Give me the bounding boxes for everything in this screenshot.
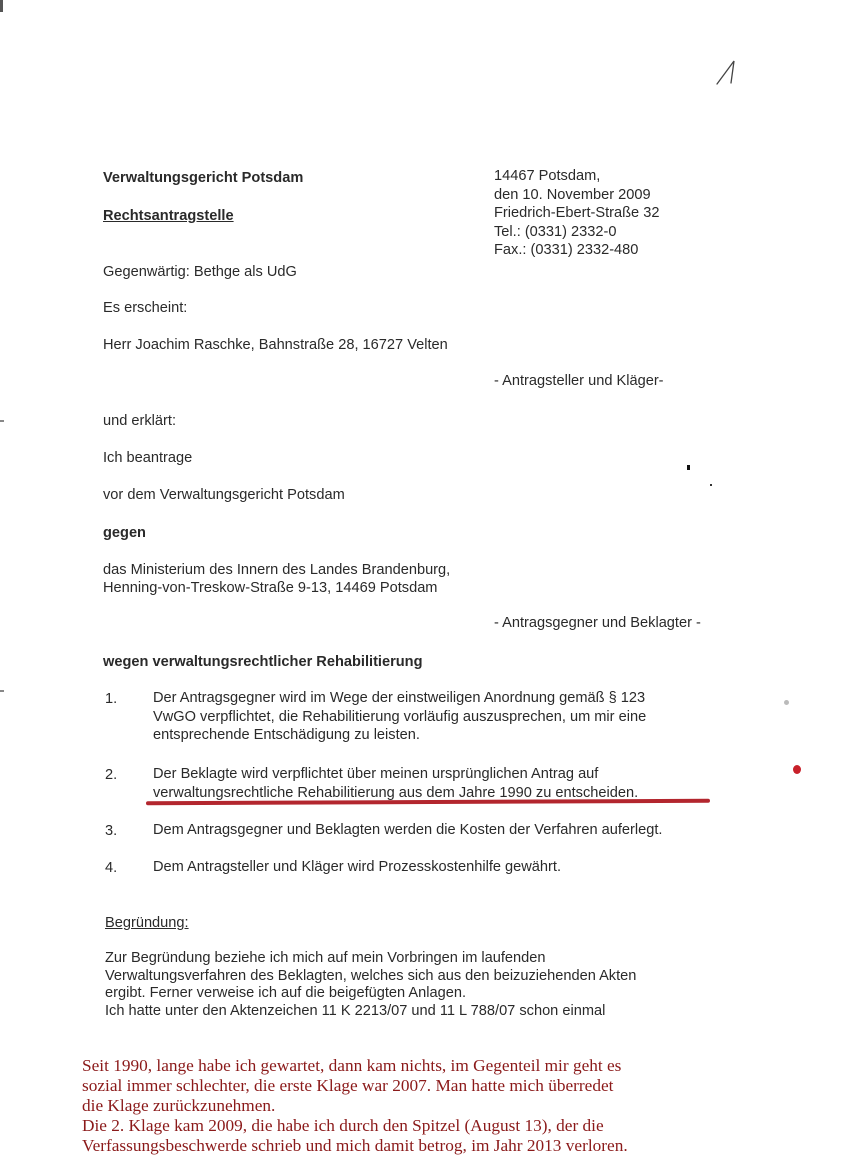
request-label: Ich beantrage <box>103 449 192 467</box>
annotation-line: Verfassungsbeschwerde schrieb und mich d… <box>82 1136 628 1156</box>
request-text-line: Dem Antragsteller und Kläger wird Prozes… <box>153 858 561 877</box>
respondent-role: - Antragsgegner und Beklagter - <box>494 614 701 632</box>
request-text-line: VwGO verpflichtet, die Rehabilitierung v… <box>153 708 646 727</box>
reasoning-line: ergibt. Ferner verweise ich auf die beig… <box>105 985 636 1003</box>
request-number: 4. <box>105 860 117 876</box>
reasoning-line: Ich hatte unter den Aktenzeichen 11 K 22… <box>105 1003 636 1021</box>
court-reference: vor dem Verwaltungsgericht Potsdam <box>103 486 345 504</box>
handwritten-page-number <box>715 58 739 86</box>
red-marker-dot <box>793 765 801 774</box>
address-line: Friedrich-Ebert-Straße 32 <box>494 204 659 223</box>
annotation-line: sozial immer schlechter, die erste Klage… <box>82 1076 628 1096</box>
department-name: Rechtsantragstelle <box>103 207 234 225</box>
court-address-block: 14467 Potsdam, den 10. November 2009 Fri… <box>494 167 659 260</box>
request-number: 1. <box>105 691 117 707</box>
request-item: Dem Antragsteller und Kläger wird Prozes… <box>153 858 561 877</box>
request-item: Dem Antragsgegner und Beklagten werden d… <box>153 821 663 840</box>
red-annotation-note: Seit 1990, lange habe ich gewartet, dann… <box>82 1056 628 1156</box>
court-name: Verwaltungsgericht Potsdam <box>103 169 303 187</box>
reasoning-line: Zur Begründung beziehe ich mich auf mein… <box>105 950 636 968</box>
annotation-line: die Klage zurückzunehmen. <box>82 1096 628 1116</box>
scan-edge-mark <box>0 690 4 692</box>
address-line: 14467 Potsdam, <box>494 167 659 186</box>
request-text-line: Der Beklagte wird verpflichtet über mein… <box>153 765 638 784</box>
against-label: gegen <box>103 524 146 542</box>
applicant-name: Herr Joachim Raschke, Bahnstraße 28, 167… <box>103 336 448 354</box>
scan-edge-mark <box>0 420 4 422</box>
appears-label: Es erscheint: <box>103 299 187 317</box>
annotation-line: Die 2. Klage kam 2009, die habe ich durc… <box>82 1116 628 1136</box>
scan-speck <box>687 465 690 470</box>
respondent-address: Henning-von-Treskow-Straße 9-13, 14469 P… <box>103 579 437 597</box>
respondent-name: das Ministerium des Innern des Landes Br… <box>103 561 450 579</box>
present-clerk: Gegenwärtig: Bethge als UdG <box>103 263 297 281</box>
reasoning-text: Zur Begründung beziehe ich mich auf mein… <box>105 950 636 1020</box>
subject-line: wegen verwaltungsrechtlicher Rehabilitie… <box>103 653 423 671</box>
request-text-line: Der Antragsgegner wird im Wege der einst… <box>153 689 646 708</box>
request-number: 2. <box>105 767 117 783</box>
scan-speck <box>784 700 789 705</box>
request-text-line: entsprechende Entschädigung zu leisten. <box>153 726 646 745</box>
date-line: den 10. November 2009 <box>494 186 659 205</box>
request-text-line: Dem Antragsgegner und Beklagten werden d… <box>153 821 663 840</box>
scan-speck <box>710 484 712 486</box>
reasoning-line: Verwaltungsverfahren des Beklagten, welc… <box>105 968 636 986</box>
declares-label: und erklärt: <box>103 412 176 430</box>
request-item: Der Antragsgegner wird im Wege der einst… <box>153 689 646 745</box>
reasoning-heading: Begründung: <box>105 914 189 932</box>
fax-line: Fax.: (0331) 2332-480 <box>494 241 659 260</box>
phone-line: Tel.: (0331) 2332-0 <box>494 223 659 242</box>
request-item: Der Beklagte wird verpflichtet über mein… <box>153 765 638 802</box>
scan-edge-mark <box>0 0 3 12</box>
applicant-role: - Antragsteller und Kläger- <box>494 372 664 390</box>
request-number: 3. <box>105 823 117 839</box>
annotation-line: Seit 1990, lange habe ich gewartet, dann… <box>82 1056 628 1076</box>
